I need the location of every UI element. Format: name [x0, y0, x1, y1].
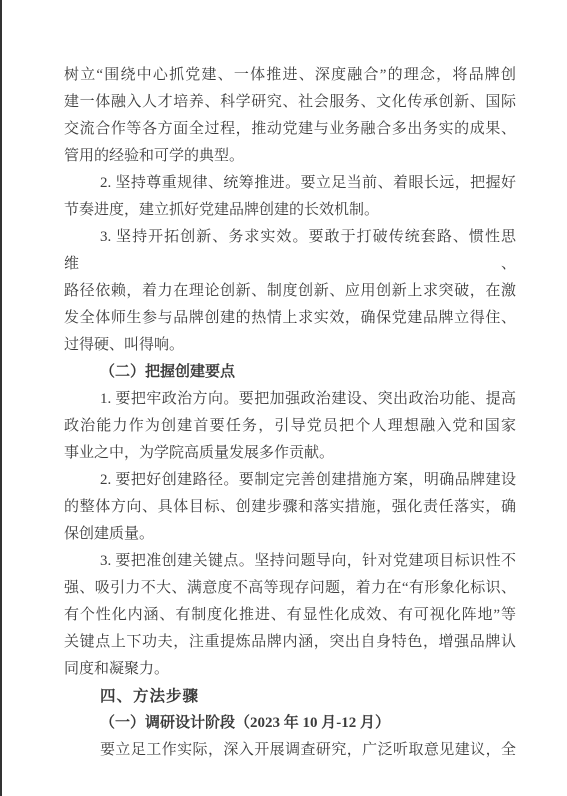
document-page: 树立“围绕中心抓党建、一体推进、深度融合”的理念，将品牌创 建一体融入人才培养、… [0, 0, 567, 796]
doc-line: 2. 坚持尊重规律、统筹推进。要立足当前、着眼长远，把握好 [64, 170, 516, 197]
doc-line: 政治能力作为创建首要任务，引导党员把个人理想融入党和国家 [64, 413, 516, 440]
doc-line: 节奏进度，建立抓好党建品牌创建的长效机制。 [64, 197, 516, 224]
heading-stage-1-research-design: （一）调研设计阶段（2023 年 10 月-12 月） [64, 710, 516, 737]
doc-line: 有个性化内涵、有制度化推进、有显性化成效、有可视化阵地”等 [64, 602, 516, 629]
doc-line: 事业之中，为学院高质量发展多作贡献。 [64, 440, 516, 467]
doc-line: 路径依赖，着力在理论创新、制度创新、应用创新上求突破，在激 [64, 278, 516, 305]
doc-line: 关键点上下功夫，注重提炼品牌内涵，突出自身特色，增强品牌认 [64, 629, 516, 656]
heading-section-2-key-points: （二）把握创建要点 [64, 359, 516, 386]
doc-line: 过得硬、叫得响。 [64, 332, 516, 359]
doc-line: 发全体师生参与品牌创建的热情上求实效，确保党建品牌立得住、 [64, 305, 516, 332]
doc-line: 管用的经验和可学的典型。 [64, 143, 516, 170]
doc-line: 3. 要把准创建关键点。坚持问题导向，针对党建项目标识性不 [64, 548, 516, 575]
doc-line: 同度和凝聚力。 [64, 656, 516, 683]
doc-line: 树立“围绕中心抓党建、一体推进、深度融合”的理念，将品牌创 [64, 62, 516, 89]
doc-line: 1. 要把牢政治方向。要把加强政治建设、突出政治功能、提高 [64, 386, 516, 413]
page-left-border [0, 0, 2, 796]
doc-line: 2. 要把好创建路径。要制定完善创建措施方案，明确品牌建设 [64, 467, 516, 494]
doc-line: 3. 坚持开拓创新、务求实效。要敢于打破传统套路、惯性思维、 [64, 224, 516, 278]
doc-line: 强、吸引力不大、满意度不高等现存问题，着力在“有形象化标识、 [64, 575, 516, 602]
doc-line: 要立足工作实际，深入开展调查研究，广泛听取意见建议，全 [64, 737, 516, 764]
heading-section-4-methods: 四、方法步骤 [64, 683, 516, 710]
doc-line: 交流合作等各方面全过程，推动党建与业务融合多出务实的成果、 [64, 116, 516, 143]
doc-line: 建一体融入人才培养、科学研究、社会服务、文化传承创新、国际 [64, 89, 516, 116]
doc-line: 保创建质量。 [64, 521, 516, 548]
doc-line: 的整体方向、具体目标、创建步骤和落实措施，强化责任落实，确 [64, 494, 516, 521]
document-body: 树立“围绕中心抓党建、一体推进、深度融合”的理念，将品牌创 建一体融入人才培养、… [64, 62, 516, 764]
